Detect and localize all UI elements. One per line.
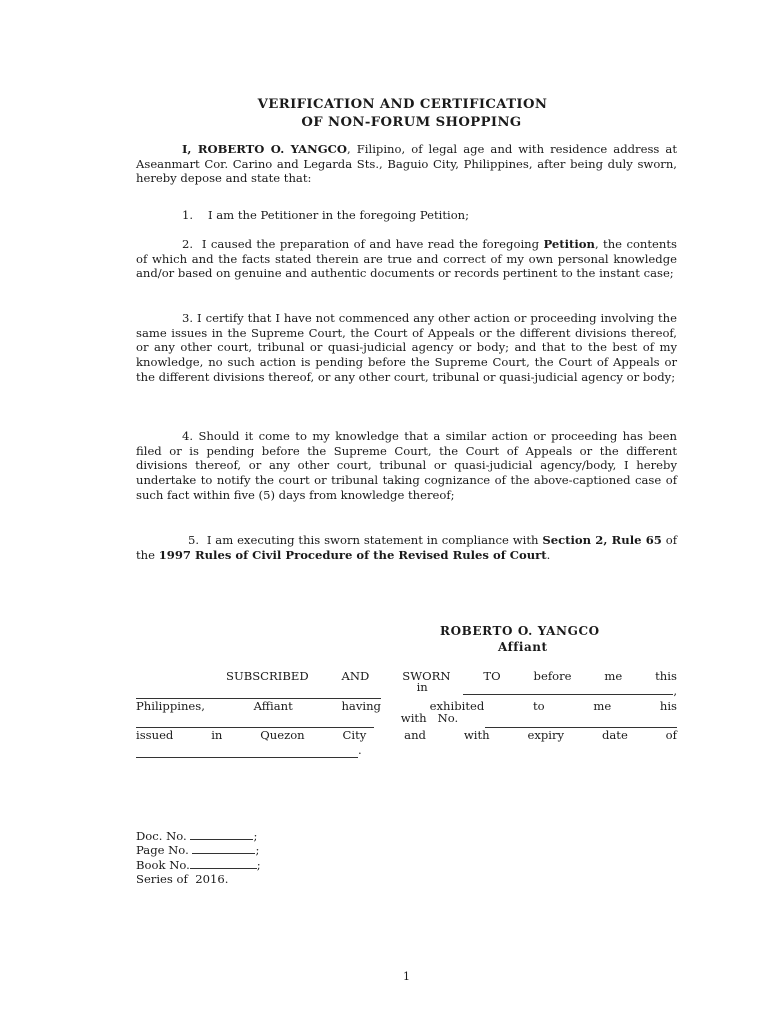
document-title: VERIFICATION AND CERTIFICATION OF NON-FO… bbox=[136, 96, 677, 131]
jurat-word-no: No. bbox=[438, 711, 459, 725]
id-type-blank[interactable] bbox=[136, 716, 374, 728]
item-3-text: I certify that I have not commenced any … bbox=[136, 311, 677, 384]
page-no-label: Page No. bbox=[136, 843, 189, 857]
item-1: 1.I am the Petitioner in the foregoing P… bbox=[136, 208, 677, 223]
id-number-blank[interactable] bbox=[485, 716, 677, 728]
jurat-word: TO bbox=[483, 669, 500, 684]
signature-role: Affiant bbox=[440, 639, 600, 655]
place-blank[interactable] bbox=[463, 683, 673, 695]
item-2-bold-petition: Petition bbox=[543, 237, 594, 251]
jurat-row-4: with No. bbox=[136, 713, 677, 728]
signature-block: ROBERTO O. YANGCO Affiant bbox=[440, 623, 600, 655]
doc-no-line: Doc. No. ; bbox=[136, 829, 261, 843]
expiry-date-blank[interactable] bbox=[136, 746, 358, 758]
jurat-row-2: in , bbox=[136, 684, 677, 699]
jurat-word: expiry bbox=[527, 728, 564, 743]
jurat-word: AND bbox=[342, 669, 370, 684]
jurat-word: and bbox=[404, 728, 426, 743]
item-4-number: 4. bbox=[182, 429, 193, 443]
book-no-line: Book No.; bbox=[136, 858, 261, 872]
item-4-text: Should it come to my knowledge that a si… bbox=[136, 429, 677, 502]
item-5-bold-rules: 1997 Rules of Civil Procedure of the Rev… bbox=[159, 548, 547, 562]
series-line: Series of 2016. bbox=[136, 872, 261, 886]
jurat-word: this bbox=[655, 669, 677, 684]
item-1-number: 1. bbox=[182, 208, 199, 223]
item-4: 4. Should it come to my knowledge that a… bbox=[136, 429, 677, 503]
jurat-word: me bbox=[593, 699, 611, 714]
jurat-word: to bbox=[533, 699, 545, 714]
notarial-register: Doc. No. ; Page No. ; Book No.; Series o… bbox=[136, 829, 261, 886]
jurat-word: me bbox=[604, 669, 622, 684]
item-1-text: I am the Petitioner in the foregoing Pet… bbox=[208, 208, 469, 222]
intro-paragraph: I, ROBERTO O. YANGCO, Filipino, of legal… bbox=[136, 142, 677, 186]
item-2: 2. I caused the preparation of and have … bbox=[136, 237, 677, 281]
affiant-name-intro: I, ROBERTO O. YANGCO bbox=[182, 142, 347, 156]
jurat-word: Affiant bbox=[254, 699, 293, 714]
item-3-number: 3. bbox=[182, 311, 193, 325]
jurat-row-1: SUBSCRIBED AND SWORN TO before me this bbox=[136, 669, 677, 684]
jurat-row-5: issued in Quezon City and with expiry da… bbox=[136, 728, 677, 743]
doc-no-blank[interactable] bbox=[190, 829, 253, 840]
jurat: SUBSCRIBED AND SWORN TO before me this i… bbox=[136, 669, 677, 758]
book-no-blank[interactable] bbox=[190, 858, 257, 869]
jurat-word: issued bbox=[136, 728, 173, 743]
title-line-2: OF NON-FORUM SHOPPING bbox=[136, 114, 677, 132]
jurat-word: in bbox=[211, 728, 222, 743]
jurat-word: having bbox=[341, 699, 381, 714]
item-5-text-before: I am executing this sworn statement in c… bbox=[207, 533, 543, 547]
item-5-bold-section: Section 2, Rule 65 bbox=[542, 533, 662, 547]
item-5-text-after: . bbox=[547, 548, 551, 562]
page-no-line: Page No. ; bbox=[136, 843, 261, 857]
jurat-word: his bbox=[660, 699, 677, 714]
jurat-word: with bbox=[464, 728, 490, 743]
jurat-word: Philippines, bbox=[136, 699, 205, 714]
book-no-label: Book No. bbox=[136, 858, 190, 872]
jurat-row-6: . bbox=[136, 743, 677, 758]
jurat-word: SUBSCRIBED bbox=[226, 669, 309, 684]
page-number: 1 bbox=[403, 970, 410, 983]
jurat-word: of bbox=[666, 728, 677, 743]
title-line-1: VERIFICATION AND CERTIFICATION bbox=[136, 96, 677, 114]
item-2-text-before: I caused the preparation of and have rea… bbox=[202, 237, 544, 251]
jurat-word: date bbox=[602, 728, 628, 743]
jurat-word: Quezon bbox=[260, 728, 304, 743]
item-5-number: 5. bbox=[188, 533, 199, 547]
page-no-blank[interactable] bbox=[192, 843, 255, 854]
item-5: 5. I am executing this sworn statement i… bbox=[136, 533, 677, 562]
doc-no-label: Doc. No. bbox=[136, 829, 187, 843]
signature-name: ROBERTO O. YANGCO bbox=[440, 624, 600, 638]
jurat-word-with: with bbox=[401, 711, 427, 725]
jurat-word: City bbox=[343, 728, 367, 743]
item-2-number: 2. bbox=[182, 237, 193, 251]
jurat-word: before bbox=[534, 669, 572, 684]
jurat-word-in: in bbox=[417, 680, 428, 695]
date-blank[interactable] bbox=[136, 687, 381, 699]
item-3: 3. I certify that I have not commenced a… bbox=[136, 311, 677, 385]
document-page: VERIFICATION AND CERTIFICATION OF NON-FO… bbox=[0, 0, 768, 1024]
